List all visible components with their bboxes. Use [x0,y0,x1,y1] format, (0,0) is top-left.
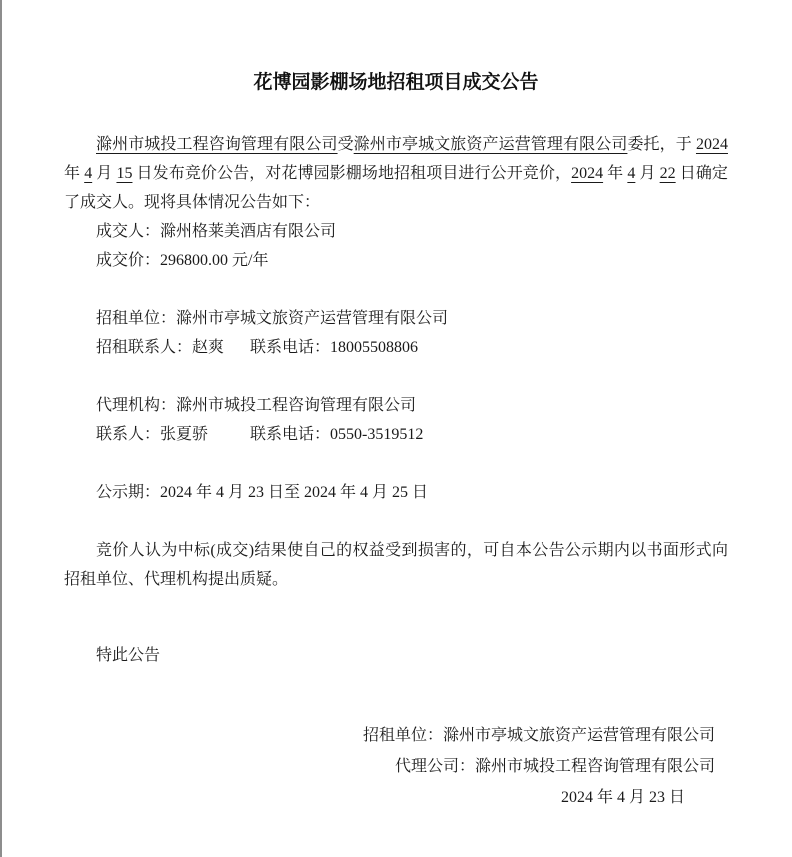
blank-line [64,449,728,478]
price-line: 成交价：296800.00 元/年 [64,246,728,275]
lessor-contact-name: 招租联系人：赵爽 [96,333,250,362]
agency-contact-line: 联系人：张夏骄联系电话：0550-3519512 [64,420,728,449]
signature-date-line: 2024 年 4 月 23 日 [64,782,715,813]
agency-contact-name: 联系人：张夏骄 [96,420,250,449]
winner-line: 成交人：滁州格莱美酒店有限公司 [64,217,728,246]
objection-paragraph: 竞价人认为中标(成交)结果使自己的权益受到损害的，可自本公告公示期内以书面形式向… [64,536,728,594]
signature-lessor-line: 招租单位：滁州市亭城文旅资产运营管理有限公司 [64,720,715,751]
text-segment: 月 [635,165,659,182]
announce-year: 2024 [696,136,728,153]
blank-line [64,507,728,536]
lessor-contact-line: 招租联系人：赵爽联系电话：18005508806 [64,333,728,362]
agency-unit-line: 代理机构：滁州市城投工程咨询管理有限公司 [64,391,728,420]
agency-contact-phone: 联系电话：0550-3519512 [250,426,423,443]
blank-line [64,362,728,391]
closing-line: 特此公告 [64,641,728,670]
announce-month: 4 [84,165,92,182]
signature-agency-line: 代理公司：滁州市城投工程咨询管理有限公司 [64,751,715,782]
publicity-period-line: 公示期：2024 年 4 月 23 日至 2024 年 4 月 25 日 [64,478,728,507]
document-page: 花博园影棚场地招租项目成交公告 滁州市城投工程咨询管理有限公司受滁州市亭城文旅资… [0,0,792,857]
lessor-unit-line: 招租单位：滁州市亭城文旅资产运营管理有限公司 [64,304,728,333]
signature-block: 招租单位：滁州市亭城文旅资产运营管理有限公司 代理公司：滁州市城投工程咨询管理有… [64,720,728,813]
text-segment: 受 [338,136,354,153]
blank-line [64,275,728,304]
deal-day: 22 [660,165,676,182]
lessor-contact-phone: 联系电话：18005508806 [250,339,418,356]
announce-day: 15 [116,165,132,182]
intro-paragraph: 滁州市城投工程咨询管理有限公司受滁州市亭城文旅资产运营管理有限公司委托，于 20… [64,130,728,217]
text-segment: 委托，于 [627,136,696,153]
lessor-company-name: 滁州市亭城文旅资产运营管理有限公司 [354,136,628,153]
text-segment: 年 [603,165,627,182]
document-title: 花博园影棚场地招租项目成交公告 [64,68,728,98]
text-segment: 日发布竞价公告，对花博园影棚场地招租项目进行公开竞价， [132,165,571,182]
text-segment: 年 [64,165,84,182]
deal-year: 2024 [571,165,603,182]
text-segment: 月 [92,165,116,182]
agent-company-name: 滁州市城投工程咨询管理有限公司 [96,136,338,153]
